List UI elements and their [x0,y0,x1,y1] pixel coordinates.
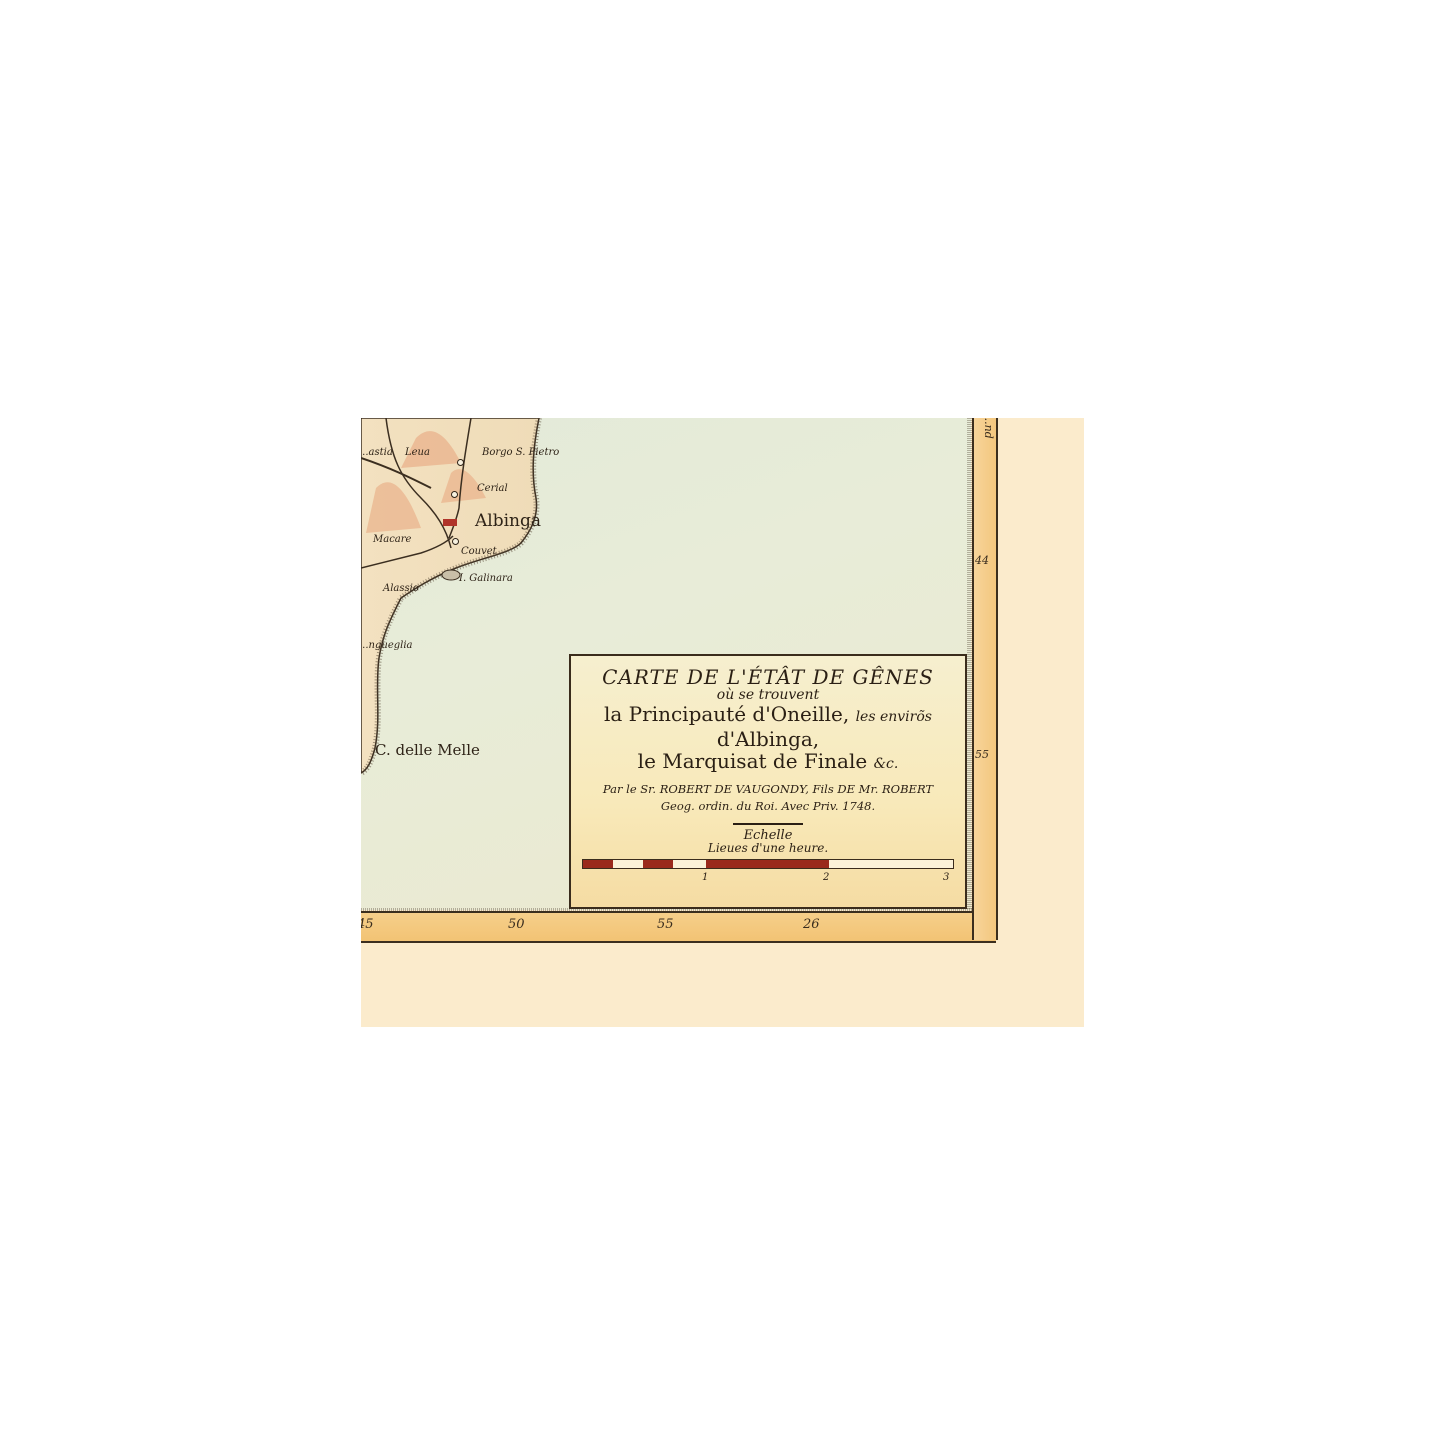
bottom-label-26: 26 [803,917,820,932]
scale-bar: 1 2 3 [582,859,954,869]
author-credit: Par le Sr. ROBERT DE VAUGONDY, Fils DE M… [571,781,965,815]
bottom-border: 45 50 55 26 [361,911,996,943]
scale-label-3: 3 [943,872,949,883]
map-title: CARTE DE L'ÉTÂT DE GÊNES [571,665,965,689]
divider-rule [733,823,803,825]
town-marker [451,491,458,498]
place-galinara: I. Galinara [459,573,513,584]
title-line-1: la Principauté d'Oneille, les envirõs [571,703,965,728]
bottom-label-55: 55 [657,917,674,932]
place-alassio: Alassio [383,583,419,594]
scale-subtitle: Lieues d'une heure. [571,842,965,855]
bottom-label-45: 45 [361,917,374,932]
place-albinga: Albinga [475,511,541,531]
scale-label-2: 2 [823,872,829,883]
town-marker [452,538,459,545]
place-macare: Macare [373,534,411,545]
place-cerial: Cerial [477,483,508,494]
bottom-label-50: 50 [508,917,525,932]
map-image: ...astia Leua Borgo S. Pietro Cerial Alb… [361,418,1001,943]
map-subtitle: où se trouvent [571,687,965,703]
right-border-text: ...nd [982,418,995,439]
right-border: 44 55 ...nd [972,418,998,940]
place-leua: Leua [405,447,430,458]
place-borgo-s-pietro: Borgo S. Pietro [482,447,559,458]
place-couvet: Couvet [461,546,497,557]
place-laigueglia: ...ngueglia [361,640,413,651]
title-line-2: d'Albinga, [571,728,965,750]
right-label-55: 55 [975,748,989,761]
title-line-3: le Marquisat de Finale &c. [571,750,965,775]
town-marker [457,459,464,466]
place-astia: ...astia [361,447,393,458]
place-c-delle-melle: C. delle Melle [375,741,480,759]
right-label-44: 44 [975,554,989,567]
scale-label-1: 1 [702,872,708,883]
title-cartouche: CARTE DE L'ÉTÂT DE GÊNES où se trouvent … [569,654,967,909]
